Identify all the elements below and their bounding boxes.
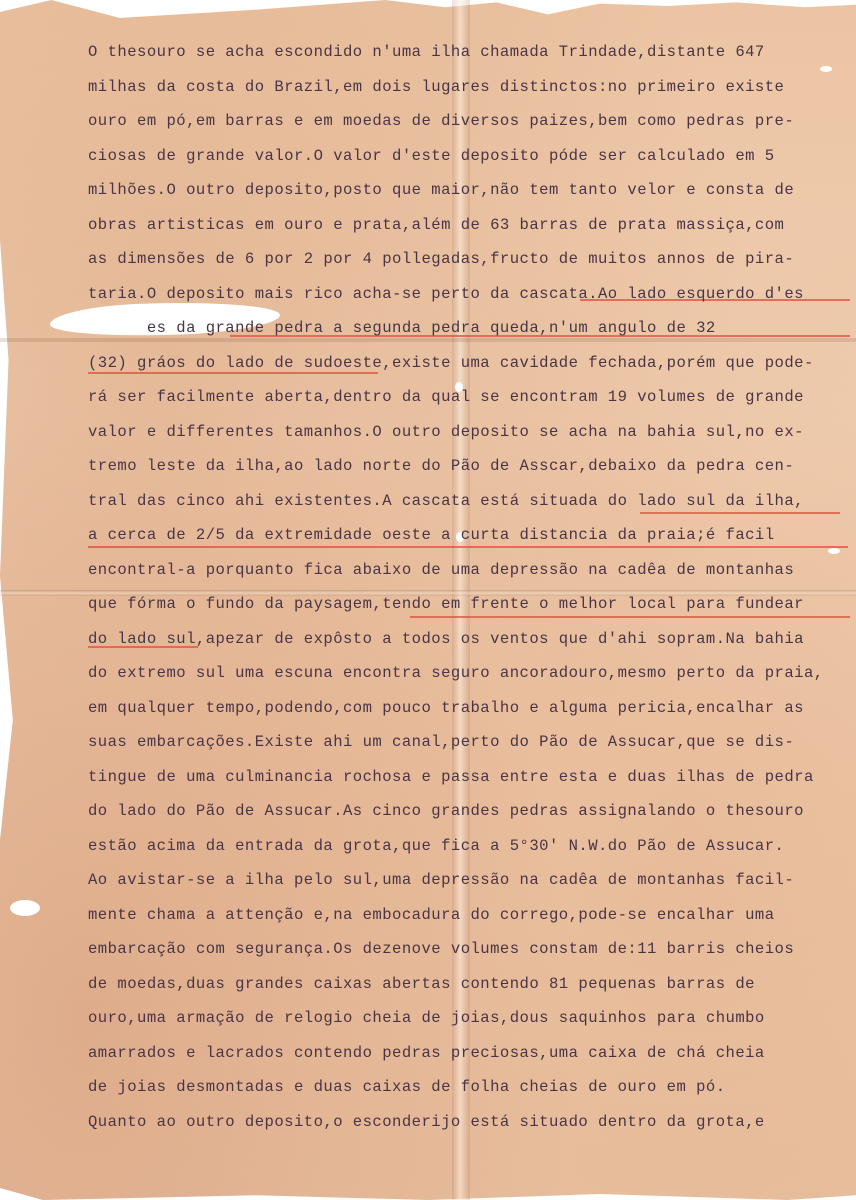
- text-line: de joias desmontadas e duas caixas de fo…: [88, 1077, 856, 1112]
- text-line: taria.O deposito mais rico acha-se perto…: [88, 284, 856, 319]
- text-line: do extremo sul uma escuna encontra segur…: [88, 663, 856, 698]
- text-line: tral das cinco ahi existentes.A cascata …: [88, 491, 856, 526]
- text-line: em qualquer tempo,podendo,com pouco trab…: [88, 698, 856, 733]
- text-line: ouro em pó,em barras e em moedas de dive…: [88, 111, 856, 146]
- letter-body: O thesouro se acha escondido n'uma ilha …: [88, 42, 856, 1146]
- text-line: milhões.O outro deposito,posto que maior…: [88, 180, 856, 215]
- text-line: O thesouro se acha escondido n'uma ilha …: [88, 42, 856, 77]
- text-line: Ao avistar-se a ilha pelo sul,uma depres…: [88, 870, 856, 905]
- text-line: do lado sul,apezar de expôsto a todos os…: [88, 629, 856, 664]
- text-line: rá ser facilmente aberta,dentro da qual …: [88, 387, 856, 422]
- text-line: do lado do Pão de Assucar.As cinco grand…: [88, 801, 856, 836]
- text-line: ciosas de grande valor.O valor d'este de…: [88, 146, 856, 181]
- text-line: encontral-a porquanto fica abaixo de uma…: [88, 560, 856, 595]
- text-line: estão acima da entrada da grota,que fica…: [88, 836, 856, 871]
- text-line: suas embarcações.Existe ahi um canal,per…: [88, 732, 856, 767]
- torn-edge: [10, 900, 40, 916]
- text-line: es da grande pedra a segunda pedra queda…: [88, 318, 856, 353]
- text-line: embarcação com segurança.Os dezenove vol…: [88, 939, 856, 974]
- text-line: tremo leste da ilha,ao lado norte do Pão…: [88, 456, 856, 491]
- text-line: milhas da costa do Brazil,em dois lugare…: [88, 77, 856, 112]
- text-line: ouro,uma armação de relogio cheia de joi…: [88, 1008, 856, 1043]
- text-line: obras artisticas em ouro e prata,além de…: [88, 215, 856, 250]
- text-line: mente chama a attenção e,na embocadura d…: [88, 905, 856, 940]
- text-line: que fórma o fundo da paysagem,tendo em f…: [88, 594, 856, 629]
- text-line: as dimensões de 6 por 2 por 4 pollegadas…: [88, 249, 856, 284]
- text-line: valor e differentes tamanhos.O outro dep…: [88, 422, 856, 457]
- text-line: tingue de uma culminancia rochosa e pass…: [88, 767, 856, 802]
- text-line: a cerca de 2/5 da extremidade oeste a cu…: [88, 525, 856, 560]
- text-line: amarrados e lacrados contendo pedras pre…: [88, 1043, 856, 1078]
- text-line: de moedas,duas grandes caixas abertas co…: [88, 974, 856, 1009]
- text-line: Quanto ao outro deposito,o esconderijo e…: [88, 1112, 856, 1147]
- text-line: (32) gráos do lado de sudoeste,existe um…: [88, 353, 856, 388]
